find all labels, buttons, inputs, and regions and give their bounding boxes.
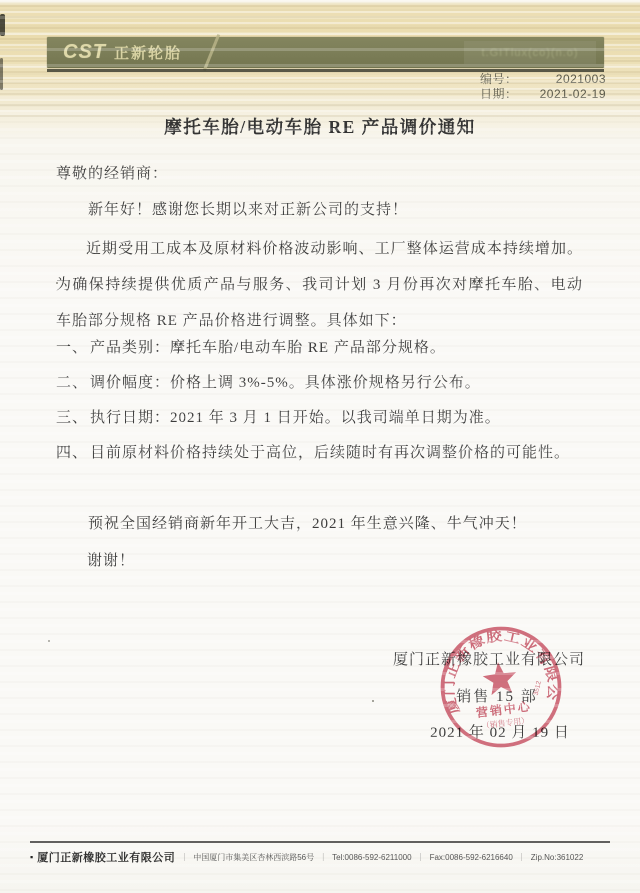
- doc-date-label: 日期：: [480, 87, 518, 102]
- doc-date-value: 2021-02-19: [540, 87, 606, 102]
- list-item-number: 三、: [56, 408, 90, 429]
- list-item-number: 四、: [56, 443, 90, 464]
- list-item: 四、 目前原材料价格持续处于高位，后续随时有再次调整价格的可能性。: [56, 443, 586, 464]
- footer-zip: Zip.No:361022: [531, 853, 583, 862]
- logo-slash-decoration: [203, 34, 220, 71]
- new-year-wish: 预祝全国经销商新年开工大吉，2021 年生意兴隆、牛气冲天！: [88, 512, 527, 533]
- scanned-document-page: CST 正新轮胎 t.GITlux(co)(n.o) 编号： 2021003 日…: [0, 0, 640, 893]
- footer-address: 中国厦门市集美区杏林西滨路56号: [193, 852, 314, 863]
- letterhead-band: CST 正新轮胎 t.GITlux(co)(n.o): [47, 37, 604, 68]
- intro-paragraph: 近期受用工成本及原材料价格波动影响、工厂整体运营成本持续增加。为确保持续提供优质…: [56, 231, 583, 339]
- seal-serial-number: 3512: [533, 680, 543, 696]
- scan-edge-artifact: [0, 58, 3, 90]
- thanks-line: 谢谢！: [87, 549, 135, 570]
- cst-logo-chinese: 正新轮胎: [114, 42, 182, 63]
- list-item: 二、 调价幅度：价格上调 3%-5%。具体涨价规格另行公布。: [56, 373, 586, 394]
- scan-speck: [56, 282, 58, 284]
- document-meta: 编号： 2021003 日期： 2021-02-19: [480, 72, 606, 102]
- scan-edge-artifact: [0, 14, 5, 36]
- footer-separator: ｜: [180, 852, 188, 863]
- greeting-line: 新年好！感谢您长期以来对正新公司的支持！: [88, 198, 408, 219]
- band-watermark-box: t.GITlux(co)(n.o): [464, 41, 596, 64]
- list-item-number: 一、: [56, 338, 90, 359]
- footer: ▪ 厦门正新橡胶工业有限公司 ｜ 中国厦门市集美区杏林西滨路56号 ｜ Tel:…: [30, 849, 630, 865]
- doc-number-value: 2021003: [556, 72, 606, 87]
- cst-logo: CST: [63, 41, 106, 64]
- list-item-number: 二、: [56, 373, 90, 394]
- list-item-text: 产品类别：摩托车胎/电动车胎 RE 产品部分规格。: [90, 338, 446, 359]
- footer-separator: ｜: [518, 852, 526, 863]
- salutation: 尊敬的经销商：: [56, 162, 168, 183]
- footer-divider: [30, 841, 610, 843]
- footer-separator: ｜: [319, 852, 327, 863]
- scan-speck: [48, 640, 50, 642]
- list-item: 三、 执行日期：2021 年 3 月 1 日开始。以我司端单日期为准。: [56, 408, 586, 429]
- numbered-list: 一、 产品类别：摩托车胎/电动车胎 RE 产品部分规格。 二、 调价幅度：价格上…: [56, 338, 586, 478]
- list-item: 一、 产品类别：摩托车胎/电动车胎 RE 产品部分规格。: [56, 338, 586, 359]
- list-item-text: 调价幅度：价格上调 3%-5%。具体涨价规格另行公布。: [90, 373, 481, 394]
- seal-star-icon: [481, 660, 518, 696]
- doc-number-label: 编号：: [480, 72, 518, 87]
- list-item-text: 执行日期：2021 年 3 月 1 日开始。以我司端单日期为准。: [90, 408, 501, 429]
- footer-separator: ｜: [417, 852, 425, 863]
- band-watermark-text: t.GITlux(co)(n.o): [481, 47, 578, 59]
- seal-ring-text: 厦门正新橡胶工业有限公司: [429, 615, 564, 719]
- doc-date-row: 日期： 2021-02-19: [480, 87, 606, 102]
- list-item-text: 目前原材料价格持续处于高位，后续随时有再次调整价格的可能性。: [90, 443, 570, 464]
- doc-number-row: 编号： 2021003: [480, 72, 606, 87]
- footer-company: 厦门正新橡胶工业有限公司: [37, 849, 175, 865]
- company-seal-stamp: 厦门正新橡胶工业有限公司 营销中心 （销售专用） 3512: [429, 615, 574, 760]
- footer-tel: Tel:0086-592-6211000: [332, 853, 411, 862]
- scan-speck: [372, 700, 374, 702]
- document-title: 摩托车胎/电动车胎 RE 产品调价通知: [0, 114, 640, 139]
- footer-fax: Fax:0086-592-6216640: [430, 853, 513, 862]
- footer-bullet-icon: ▪: [30, 852, 33, 862]
- svg-text:厦门正新橡胶工业有限公司: 厦门正新橡胶工业有限公司: [429, 615, 564, 719]
